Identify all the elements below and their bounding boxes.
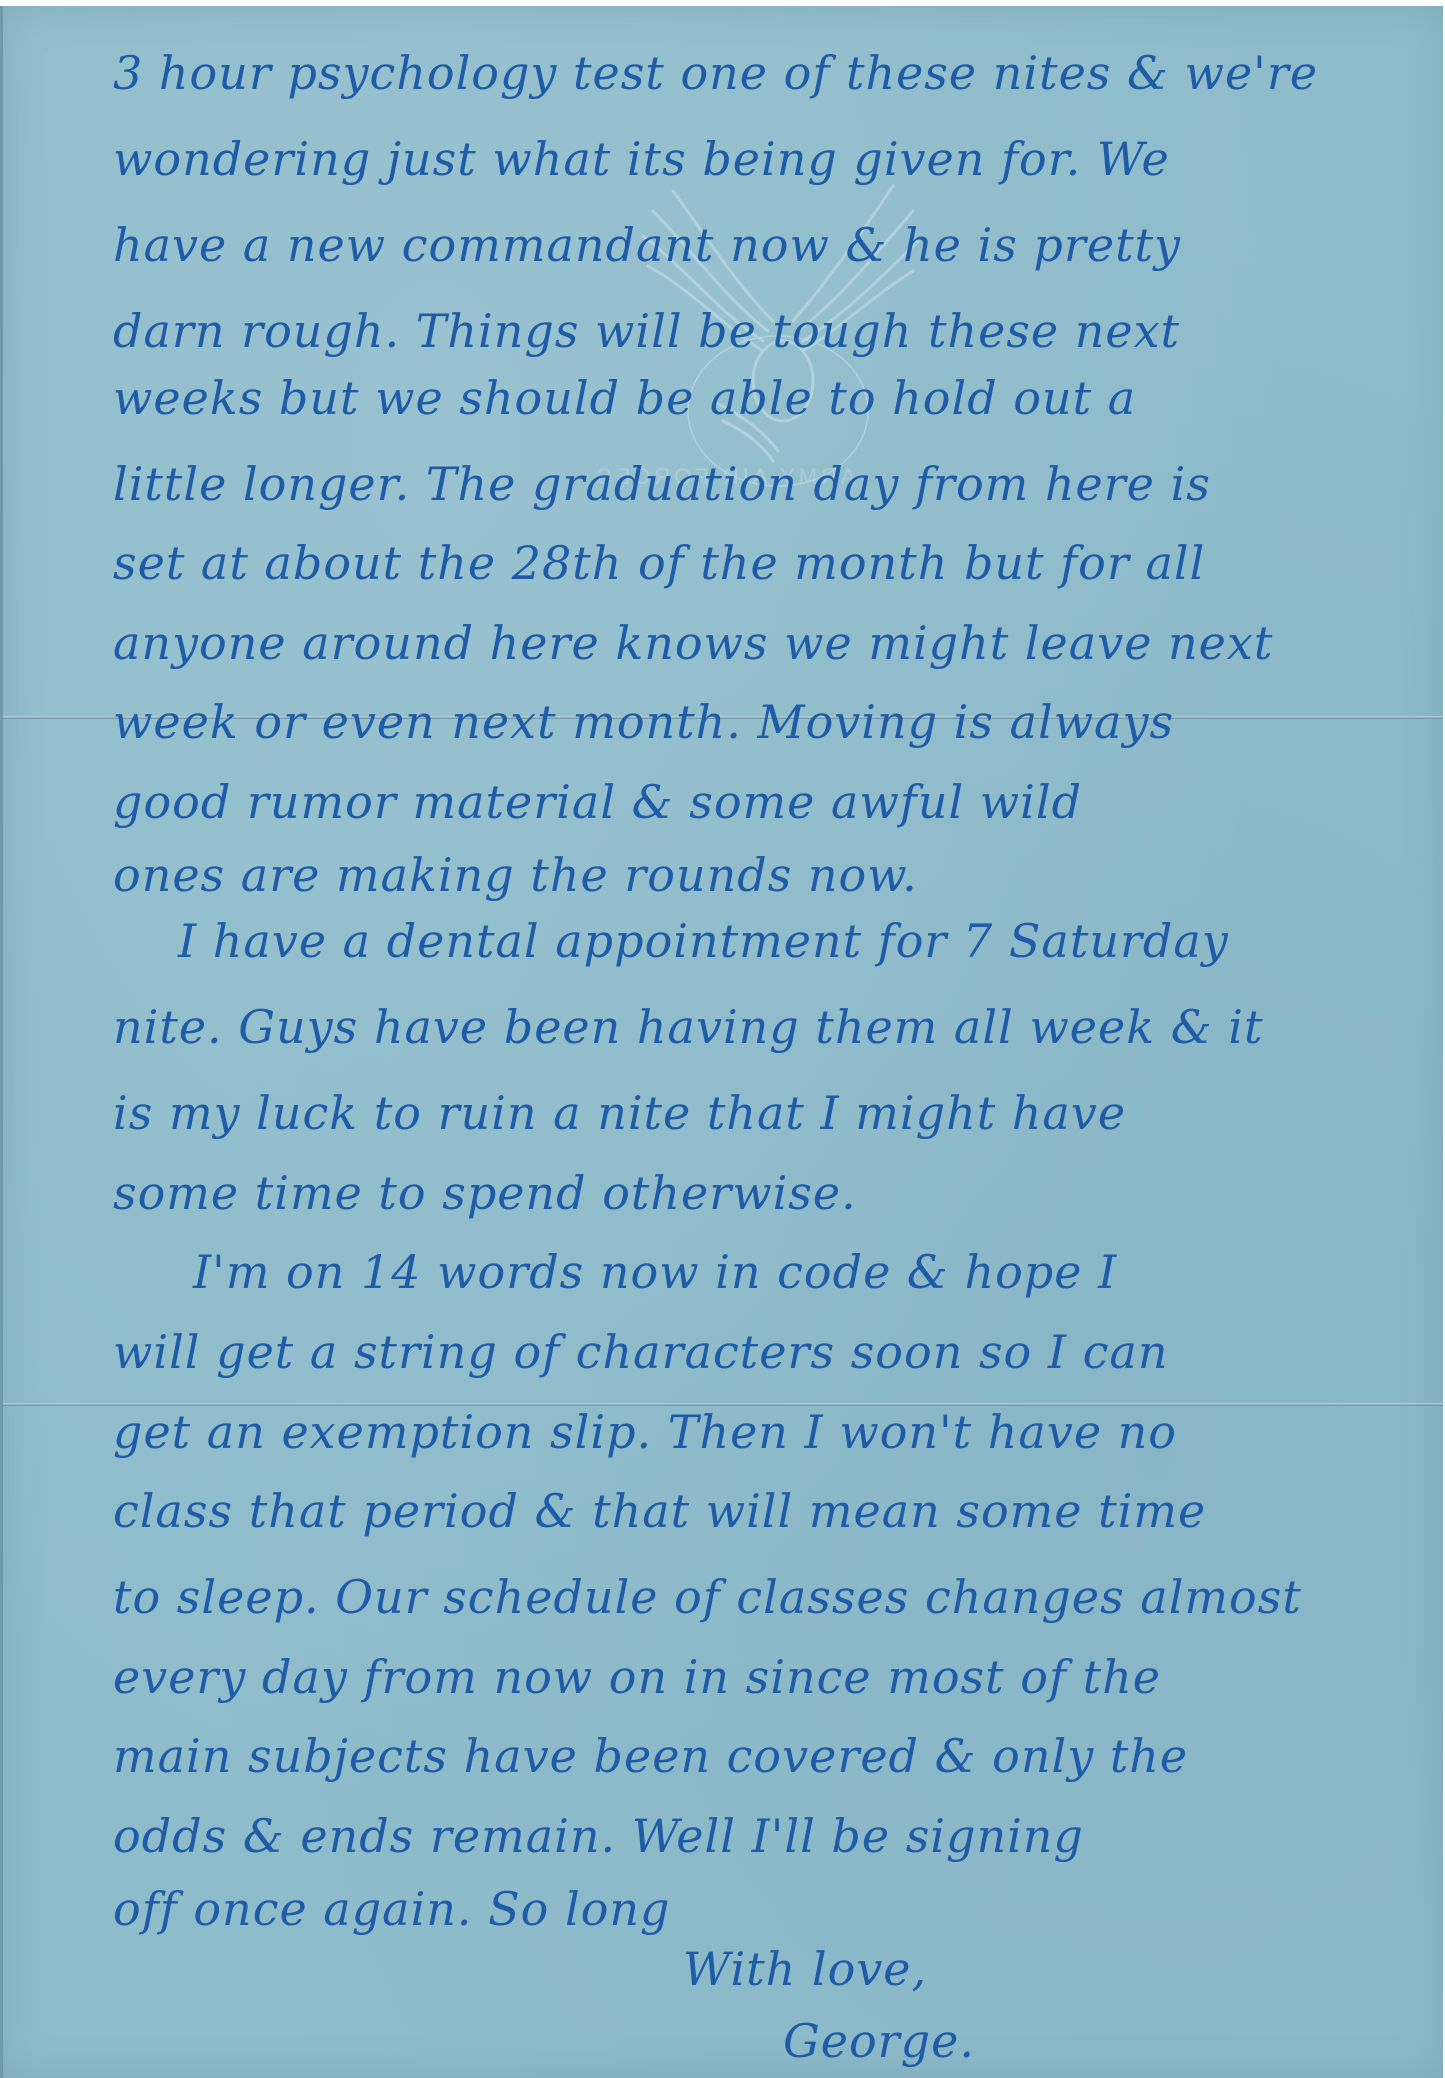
letter-closing: With love, [683,1942,927,1996]
letter-line: to sleep. Our schedule of classes change… [113,1570,1302,1624]
letter-line: week or even next month. Moving is alway… [113,695,1174,749]
letter-line: I have a dental appointment for 7 Saturd… [178,914,1229,968]
letter-line: set at about the 28th of the month but f… [113,536,1205,590]
letter-page: ARMY AIR FORCES 3 hour psychology test o… [0,6,1443,2078]
letter-line: main subjects have been covered & only t… [113,1729,1188,1783]
letter-line: I'm on 14 words now in code & hope I [193,1245,1117,1299]
letter-line: ones are making the rounds now. [113,848,918,902]
letter-line: get an exemption slip. Then I won't have… [113,1405,1177,1459]
letter-line: will get a string of characters soon so … [113,1325,1168,1379]
letter-line: some time to spend otherwise. [113,1166,857,1220]
letter-line: have a new commandant now & he is pretty [113,218,1181,272]
letter-line: wondering just what its being given for.… [113,132,1170,186]
letter-signature: George. [783,2014,975,2068]
letter-line: every day from now on in since most of t… [113,1650,1161,1704]
letter-line: off once again. So long [113,1882,670,1936]
letter-line: 3 hour psychology test one of these nite… [113,46,1318,100]
letter-line: weeks but we should be able to hold out … [113,371,1136,425]
letter-line: is my luck to ruin a nite that I might h… [113,1086,1126,1140]
letter-line: little longer. The graduation day from h… [113,457,1211,511]
letter-line: darn rough. Things will be tough these n… [113,304,1180,358]
letter-line: nite. Guys have been having them all wee… [113,1000,1263,1054]
letter-line: good rumor material & some awful wild [113,775,1082,829]
letter-line: odds & ends remain. Well I'll be signing [113,1809,1084,1863]
letter-line: anyone around here knows we might leave … [113,616,1273,670]
letter-line: class that period & that will mean some … [113,1484,1206,1538]
